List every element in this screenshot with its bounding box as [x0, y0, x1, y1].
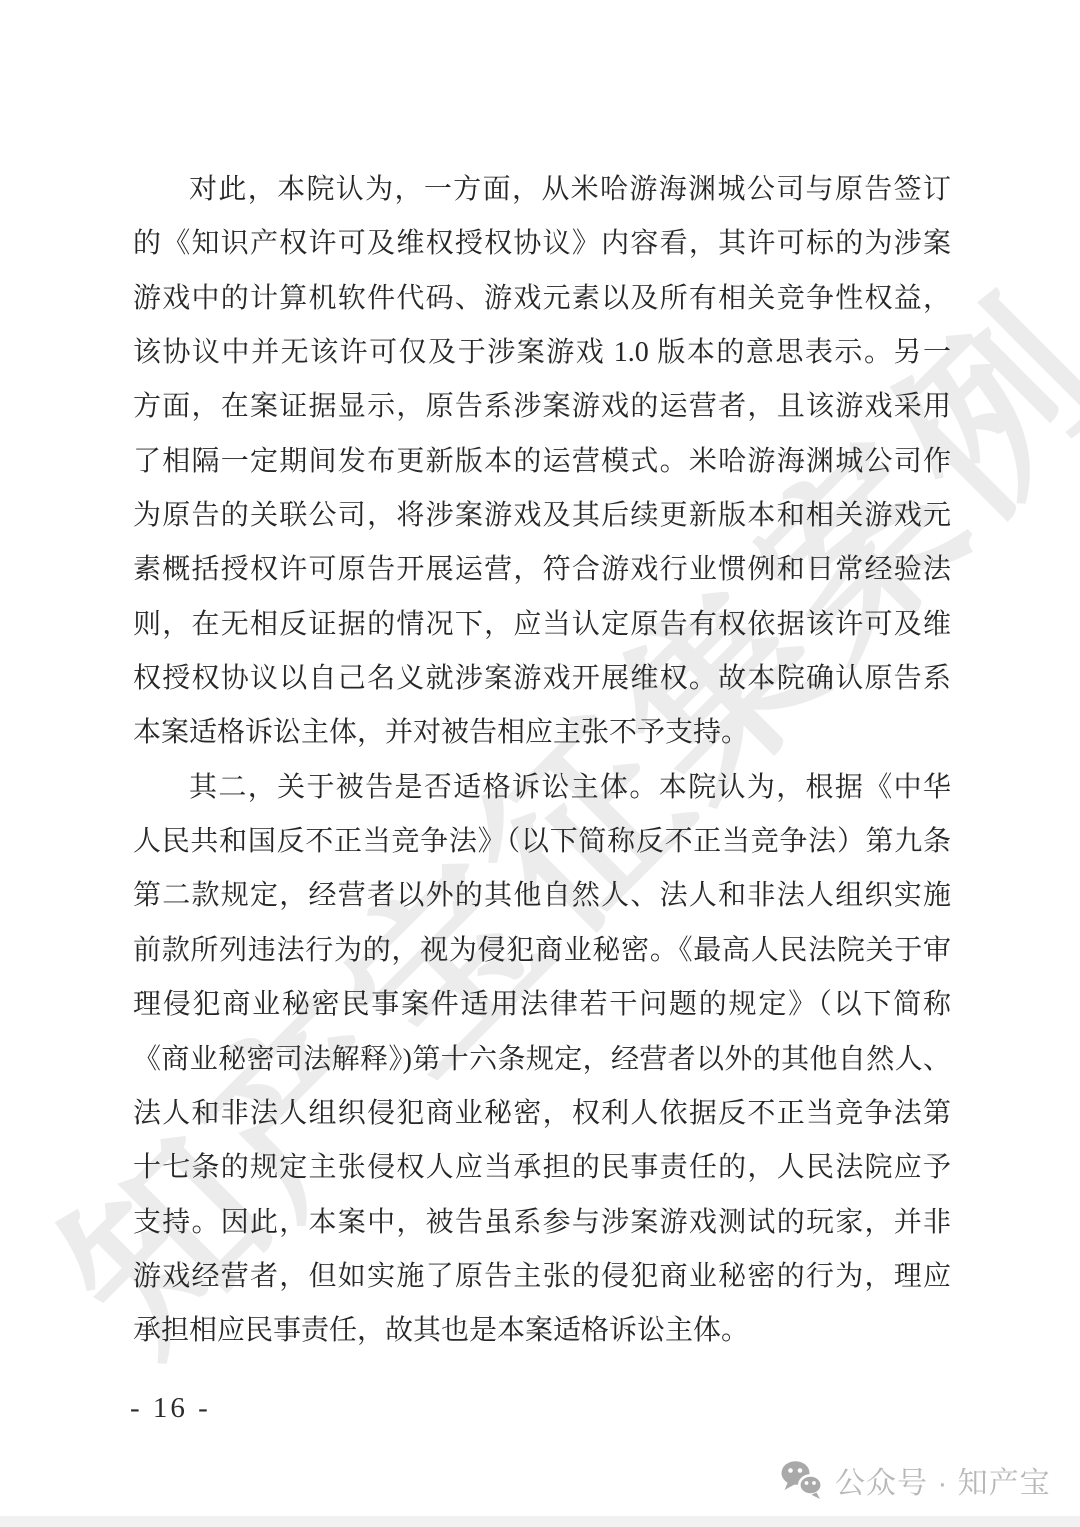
- text-line: 素概括授权许可原告开展运营，符合游戏行业惯例和日常经验法: [133, 543, 951, 597]
- page-number: - 16 -: [130, 1392, 211, 1425]
- wechat-icon: [780, 1460, 824, 1500]
- text-line: 方面，在案证据显示，原告系涉案游戏的运营者，且该游戏采用: [133, 380, 951, 434]
- text-line: 人民共和国反不正当竞争法》（以下简称反不正当竞争法）第九条: [133, 815, 951, 869]
- text-line: 前款所列违法行为的，视为侵犯商业秘密。《最高人民法院关于审: [133, 924, 951, 978]
- text-line: 对此，本院认为，一方面，从米哈游海渊城公司与原告签订: [133, 163, 951, 217]
- text-line: 本案适格诉讼主体，并对被告相应主张不予支持。: [133, 706, 951, 760]
- text-line: 游戏中的计算机软件代码、游戏元素以及所有相关竞争性权益，: [133, 272, 951, 326]
- text-line: 其二，关于被告是否适格诉讼主体。本院认为，根据《中华: [133, 761, 951, 815]
- text-line: 《商业秘密司法解释》)第十六条规定，经营者以外的其他自然人、: [133, 1033, 951, 1087]
- text-line: 十七条的规定主张侵权人应当承担的民事责任的，人民法院应予: [133, 1141, 951, 1195]
- text-line: 承担相应民事责任，故其也是本案适格诉讼主体。: [133, 1304, 951, 1358]
- bottom-band: [0, 1516, 1080, 1527]
- document-body: 对此，本院认为，一方面，从米哈游海渊城公司与原告签订的《知识产权许可及维权授权协…: [133, 163, 951, 1359]
- text-line: 法人和非法人组织侵犯商业秘密，权利人依据反不正当竞争法第: [133, 1087, 951, 1141]
- text-line: 了相隔一定期间发布更新版本的运营模式。米哈游海渊城公司作: [133, 435, 951, 489]
- text-line: 的《知识产权许可及维权授权协议》内容看，其许可标的为涉案: [133, 217, 951, 271]
- footer-brand-label: 公众号 · 知产宝: [835, 1458, 1051, 1502]
- text-line: 第二款规定，经营者以外的其他自然人、法人和非法人组织实施: [133, 869, 951, 923]
- text-line: 支持。因此，本案中，被告虽系参与涉案游戏测试的玩家，并非: [133, 1196, 951, 1250]
- text-line: 游戏经营者，但如实施了原告主张的侵犯商业秘密的行为，理应: [133, 1250, 951, 1304]
- footer-brand: 公众号 · 知产宝: [780, 1458, 1051, 1502]
- text-line: 则，在无相反证据的情况下，应当认定原告有权依据该许可及维: [133, 598, 951, 652]
- text-line: 该协议中并无该许可仅及于涉案游戏 1.0 版本的意思表示。另一: [133, 326, 951, 380]
- text-line: 理侵犯商业秘密民事案件适用法律若干问题的规定》（以下简称: [133, 978, 951, 1032]
- text-line: 权授权协议以自己名义就涉案游戏开展维权。故本院确认原告系: [133, 652, 951, 706]
- document-page: 知产宝征集案例 对此，本院认为，一方面，从米哈游海渊城公司与原告签订的《知识产权…: [0, 0, 1080, 1527]
- text-line: 为原告的关联公司，将涉案游戏及其后续更新版本和相关游戏元: [133, 489, 951, 543]
